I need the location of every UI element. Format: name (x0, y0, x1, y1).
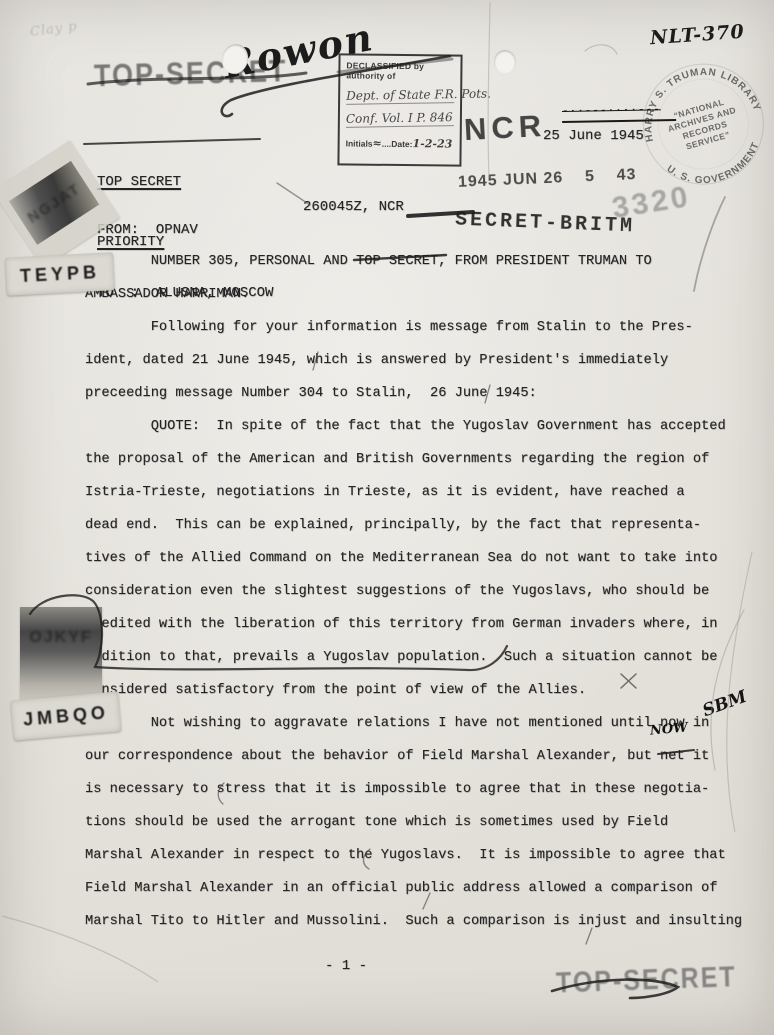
secret-britm-stamp: SECRET-BRITM (455, 209, 636, 239)
body-line: our correspondence about the behavior of… (85, 740, 765, 773)
from-line: FROM: OPNAV (97, 220, 273, 241)
body-line: Marshal Alexander in respect to the Yugo… (85, 839, 765, 872)
body-line: AMBASSADOR HARRIMAN. (85, 278, 765, 311)
body-line: tions should be used the arrogant tone w… (85, 806, 765, 839)
obliterated-word: -··---····--- (562, 104, 676, 123)
leader-dots: .... (382, 139, 392, 149)
censor-tape-dark-lower: OJKYF (20, 607, 102, 705)
paper-hole (494, 50, 516, 74)
body-line: credited with the liberation of this ter… (85, 608, 765, 641)
tape-label-teypb-text: TEYPB (19, 261, 100, 286)
routing-number-stamp: 3320 (610, 180, 693, 226)
corner-pencil-scribble: Clay p (29, 19, 78, 40)
body-line: Marshal Tito to Hitler and Mussolini. Su… (85, 905, 765, 938)
date-handwritten: 1-2-23 (412, 137, 452, 150)
dark-label-lower-text: OJKYF (20, 629, 102, 647)
page-number: - 1 - (325, 958, 367, 974)
ncr-stamp: NCR (463, 108, 547, 148)
body-line: dead end. This can be explained, princip… (85, 509, 765, 542)
received-datetime-stamp: 1945 JUN 26 5 43 (458, 166, 637, 192)
body-line: is necessary to stress that it is imposs… (85, 773, 765, 806)
declassification-stamp-box: DECLASSIFIED by authority of Dept. of St… (337, 53, 462, 166)
body-line: Istria-Trieste, negotiations in Trieste,… (85, 476, 765, 509)
initials-label: Initials (346, 138, 373, 148)
body-line: tives of the Allied Command on the Medit… (85, 542, 765, 575)
dark-label-upper-text: NGJAT (24, 179, 83, 226)
tape-label-teypb: TEYPB (5, 252, 115, 296)
body-line: ident, dated 21 June 1945, which is answ… (85, 344, 765, 377)
body-line: NUMBER 305, PERSONAL AND TOP SECRET, FRO… (85, 245, 765, 278)
declass-authority-line: DECLASSIFIED by authority of (346, 60, 454, 81)
message-body: NUMBER 305, PERSONAL AND TOP SECRET, FRO… (85, 245, 765, 938)
body-line: addition to that, prevails a Yugoslav po… (85, 641, 765, 674)
body-line: Following for your information is messag… (85, 311, 765, 344)
body-line: considered satisfactory from the point o… (85, 674, 765, 707)
initials-handwritten: ≈ (373, 137, 382, 150)
body-line: the proposal of the American and British… (85, 443, 765, 476)
telegram-document-page: Clay p TOP-SECRET Rowon DECLASSIFIED by … (0, 0, 774, 1035)
body-line: consideration even the slightest suggest… (85, 575, 765, 608)
date-label: Date (391, 139, 410, 149)
declass-handwritten-source: Dept. of State F.R. Pots. (346, 87, 454, 105)
declass-initials-date-row: Initials≈....Date:1-2-23 (346, 136, 454, 150)
dark-label-upper: NGJAT (9, 161, 99, 245)
top-secret-stamp-lower: TOP-SECRET (555, 961, 737, 1001)
body-line: QUOTE: In spite of the fact that the Yug… (85, 410, 765, 443)
declass-handwritten-volume: Conf. Vol. I P. 846 (346, 110, 454, 128)
typed-date: 25 June 1945 (543, 128, 644, 144)
body-line: preceeding message Number 304 to Stalin,… (85, 377, 765, 410)
body-line: Field Marshal Alexander in an official p… (85, 872, 765, 905)
date-time-group: 260045Z, NCR (303, 199, 404, 215)
tape-label-jmbqo-text: JMBQO (22, 702, 110, 730)
